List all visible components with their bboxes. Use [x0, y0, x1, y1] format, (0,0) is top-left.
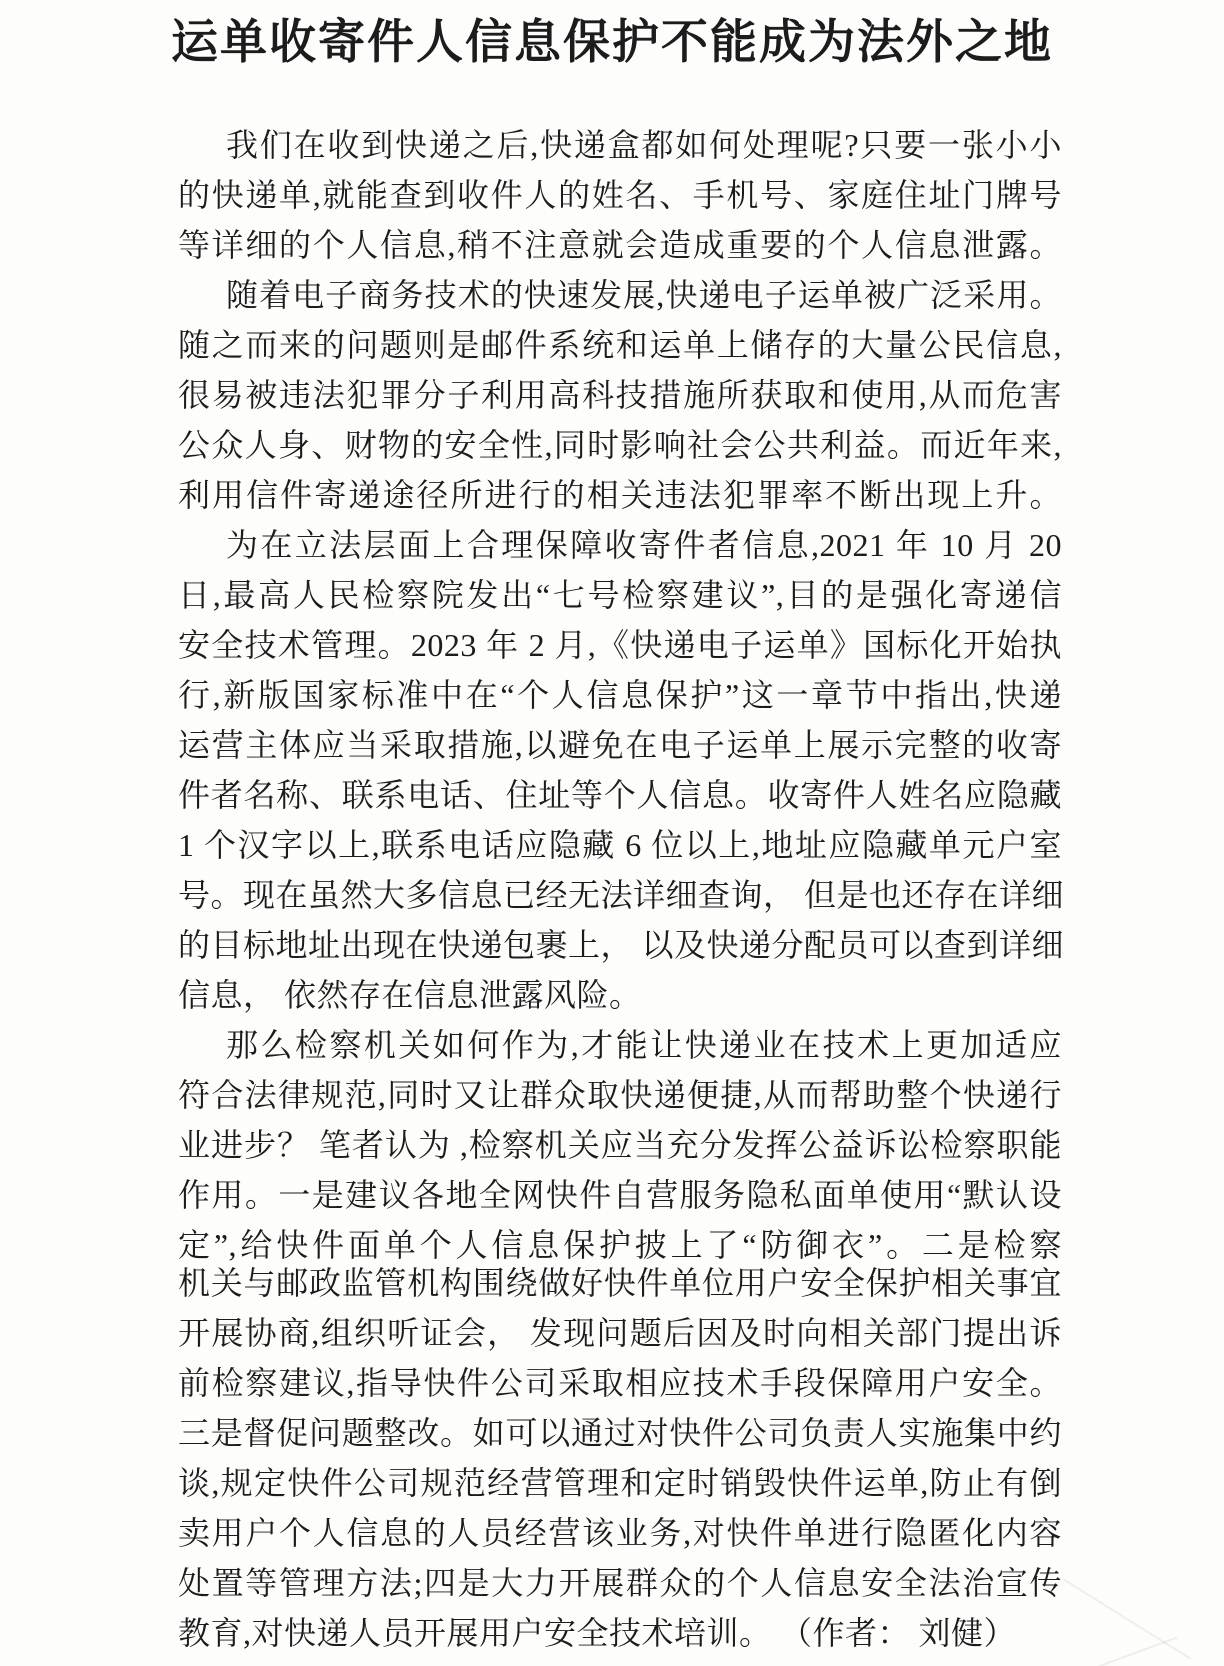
text-line: 公众人身、财物的安全性,同时影响社会公共利益。而近年来,: [178, 420, 1062, 470]
scan-crease: [1092, 1637, 1177, 1666]
text-line: 随着电子商务技术的快速发展,快递电子运单被广泛采用。: [178, 270, 1062, 320]
text-line: 件者名称、联系电话、住址等个人信息。收寄件人姓名应隐藏: [178, 770, 1062, 820]
text-line: 卖用户个人信息的人员经营该业务,对快件单进行隐匿化内容: [178, 1508, 1062, 1558]
text-line: 处置等管理方法;四是大力开展群众的个人信息安全法治宣传: [178, 1558, 1062, 1608]
text-line: 谈,规定快件公司规范经营管理和定时销毁快件运单,防止有倒: [178, 1458, 1062, 1508]
text-line: 为在立法层面上合理保障收寄件者信息,2021 年 10 月 20: [178, 520, 1062, 570]
text-line: 机关与邮政监管机构围绕做好快件单位用户安全保护相关事宜: [178, 1258, 1062, 1308]
text-line: 安全技术管理。2023 年 2 月,《快递电子运单》国标化开始执: [178, 620, 1062, 670]
text-line: 日,最高人民检察院发出“七号检察建议”,目的是强化寄递信: [178, 570, 1062, 620]
text-line: 很易被违法犯罪分子利用高科技措施所获取和使用,从而危害: [178, 370, 1062, 420]
text-line: 教育,对快递人员开展用户安全技术培训。 （作者： 刘健）: [178, 1608, 1062, 1658]
document-page: 运单收寄件人信息保护不能成为法外之地 我们在收到快递之后,快递盒都如何处理呢?只…: [0, 0, 1224, 1666]
text-line: 我们在收到快递之后,快递盒都如何处理呢?只要一张小小: [178, 120, 1062, 170]
text-line: 随之而来的问题则是邮件系统和运单上储存的大量公民信息,: [178, 320, 1062, 370]
text-line: 前检察建议,指导快件公司采取相应技术手段保障用户安全。: [178, 1358, 1062, 1408]
text-line: 利用信件寄递途径所进行的相关违法犯罪率不断出现上升。: [178, 470, 1062, 520]
text-line: 等详细的个人信息,稍不注意就会造成重要的个人信息泄露。: [178, 220, 1062, 270]
page-title: 运单收寄件人信息保护不能成为法外之地: [0, 16, 1224, 70]
text-line: 开展协商,组织听证会， 发现问题后因及时向相关部门提出诉: [178, 1308, 1062, 1358]
text-line: 作用。一是建议各地全网快件自营服务隐私面单使用“默认设: [178, 1170, 1062, 1220]
text-line: 那么检察机关如何作为,才能让快递业在技术上更加适应: [178, 1020, 1062, 1070]
text-line: 行,新版国家标准中在“个人信息保护”这一章节中指出,快递: [178, 670, 1062, 720]
text-line: 信息， 依然存在信息泄露风险。: [178, 970, 1062, 1020]
text-line: 符合法律规范,同时又让群众取快递便捷,从而帮助整个快递行: [178, 1070, 1062, 1120]
text-line: 的目标地址出现在快递包裹上， 以及快递分配员可以查到详细: [178, 920, 1062, 970]
scan-crease: [1063, 1578, 1191, 1659]
text-line: 1 个汉字以上,联系电话应隐藏 6 位以上,地址应隐藏单元户室: [178, 820, 1062, 870]
text-line: 三是督促问题整改。如可以通过对快件公司负责人实施集中约: [178, 1408, 1062, 1458]
text-line: 业进步？ 笔者认为 ,检察机关应当充分发挥公益诉讼检察职能: [178, 1120, 1062, 1170]
article-body: 我们在收到快递之后,快递盒都如何处理呢?只要一张小小 的快递单,就能查到收件人的…: [178, 120, 1062, 1658]
text-line: 运营主体应当采取措施,以避免在电子运单上展示完整的收寄: [178, 720, 1062, 770]
text-line: 号。现在虽然大多信息已经无法详细查询， 但是也还存在详细: [178, 870, 1062, 920]
text-line: 的快递单,就能查到收件人的姓名、手机号、家庭住址门牌号: [178, 170, 1062, 220]
